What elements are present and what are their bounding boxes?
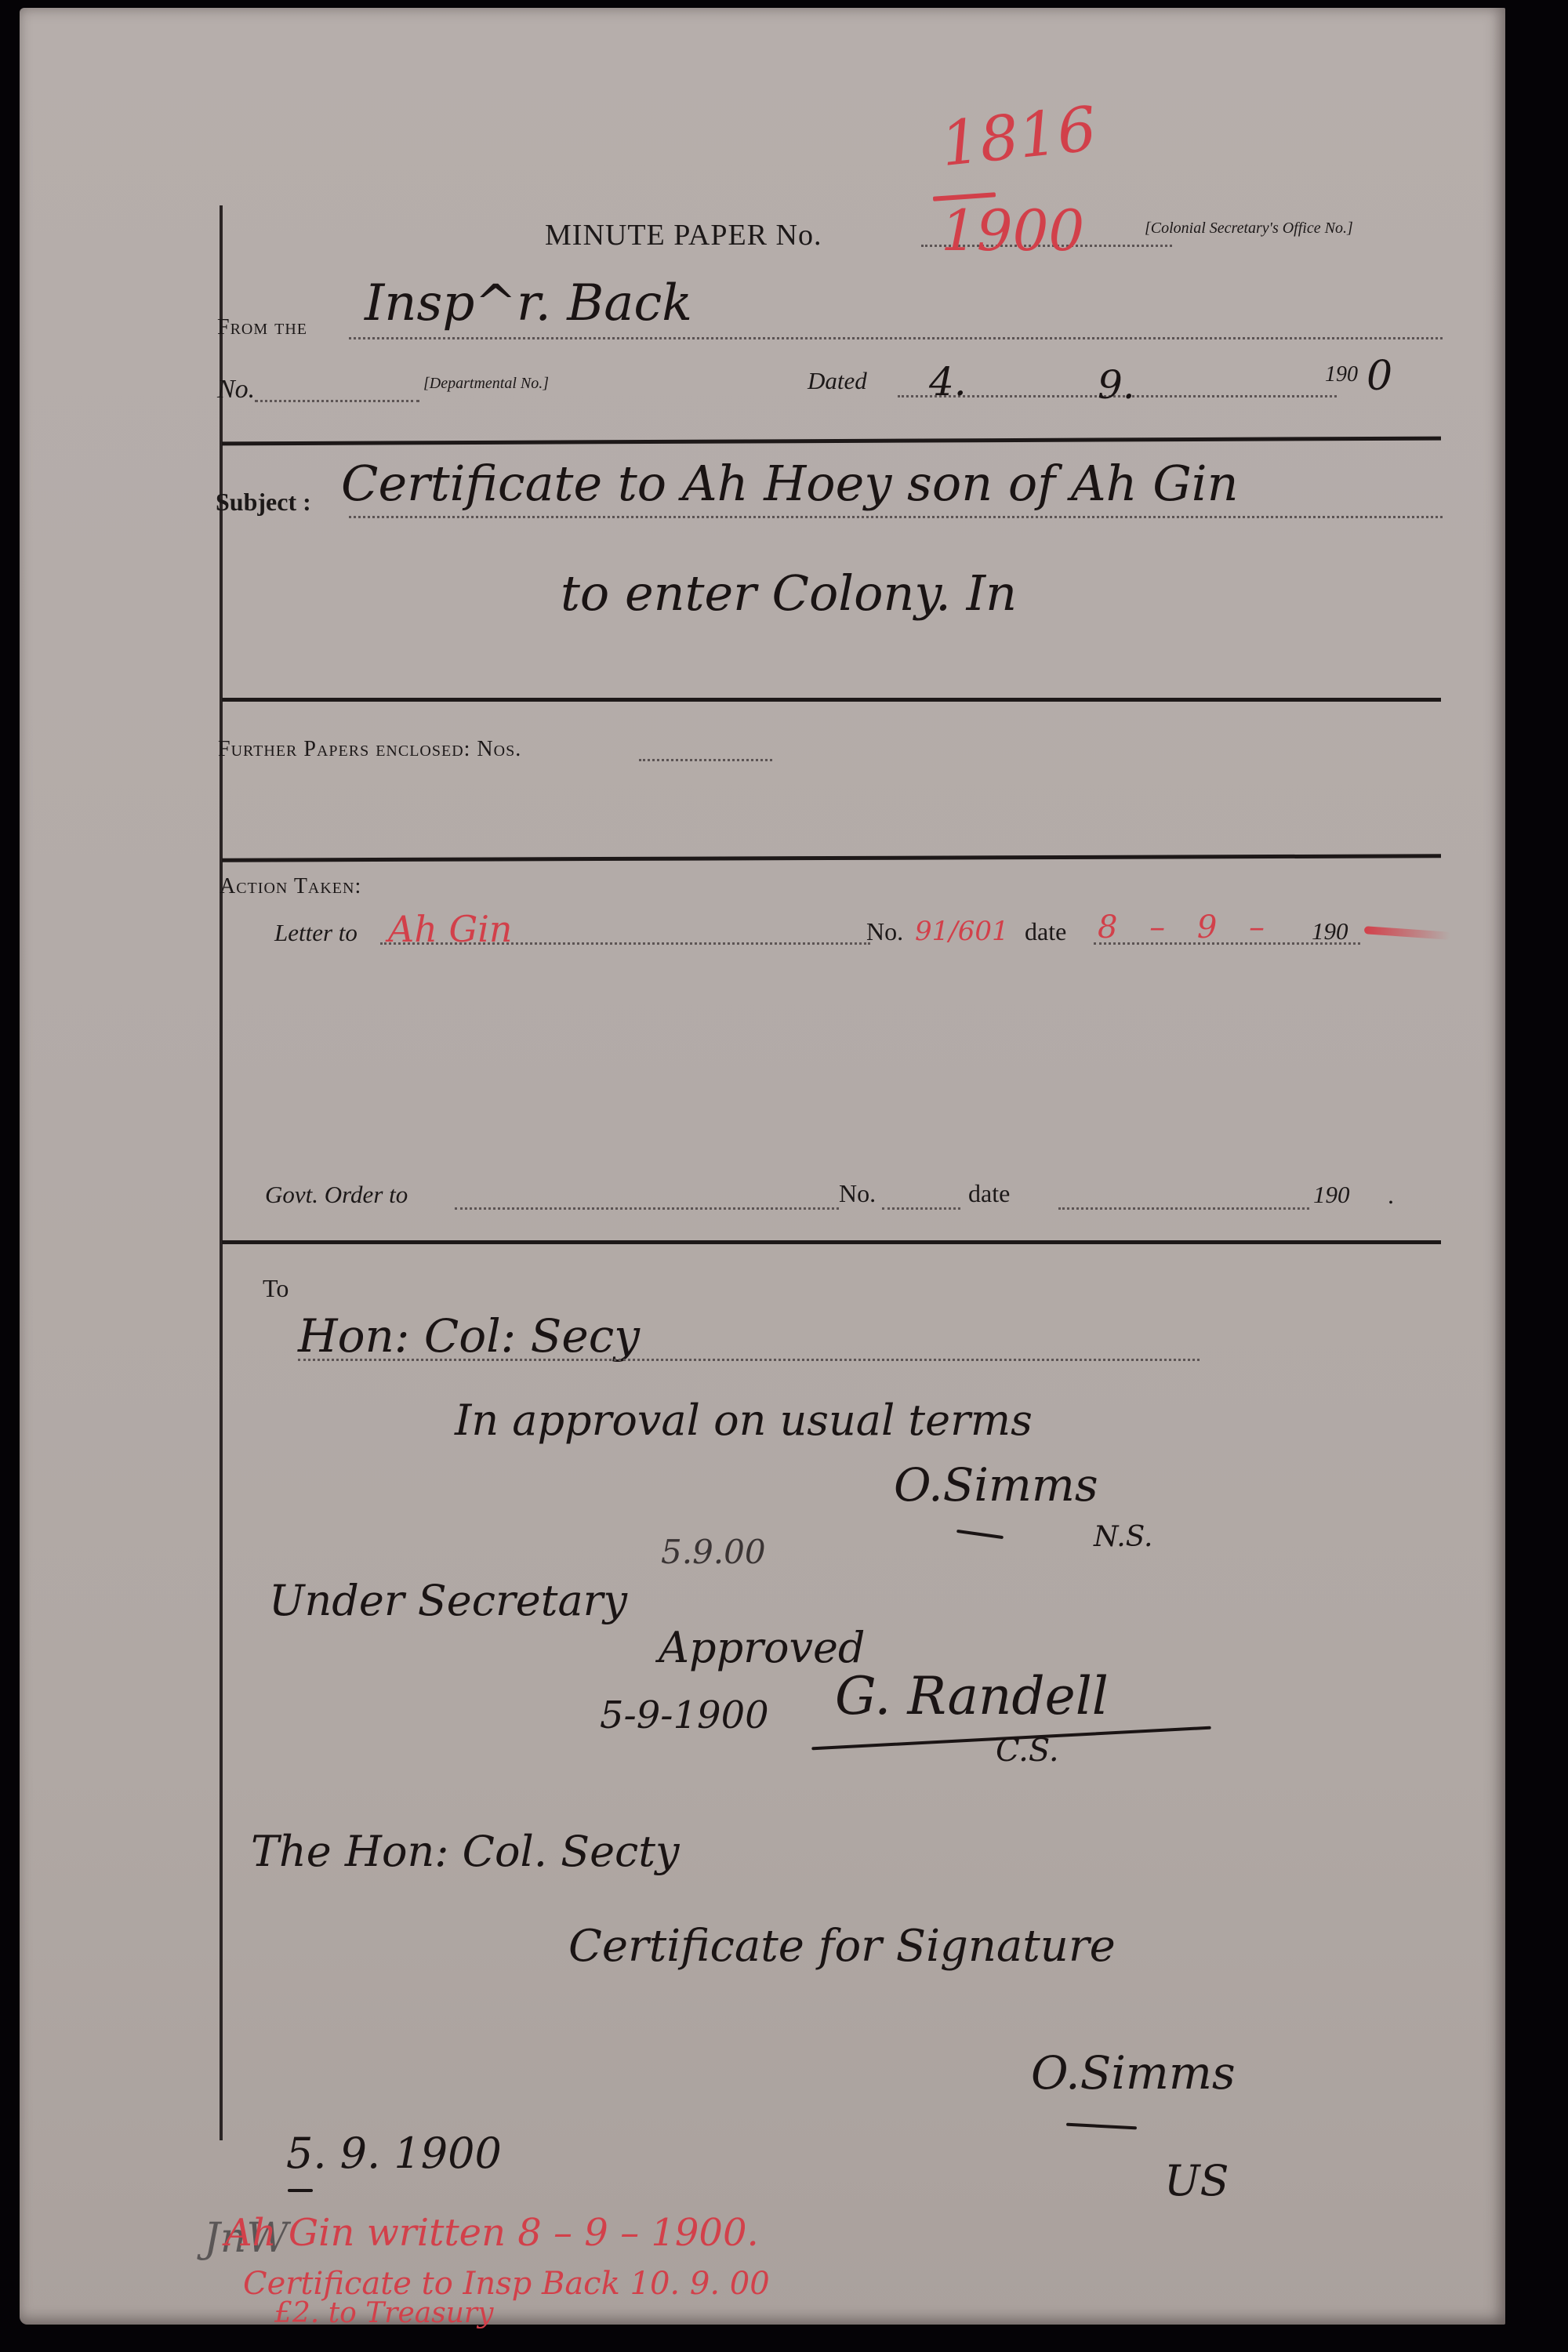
further-papers-dotted-line — [639, 759, 772, 761]
minute3-initials: US — [1164, 2156, 1229, 2205]
minute1-text: In approval on usual terms — [455, 1396, 1033, 1445]
minute2-text: Approved — [659, 1623, 866, 1672]
letter-year-label: 190 — [1312, 917, 1348, 946]
minute3-text: Certificate for Signature — [568, 1921, 1116, 1972]
colonial-office-no-label: [Colonial Secretary's Office No.] — [1145, 220, 1353, 238]
minute3-date: 5. 9. 1900 — [286, 2129, 502, 2178]
red-note-line-3: £2. to Treasury — [274, 2297, 493, 2329]
govt-year-label: 190 — [1313, 1181, 1350, 1209]
minute3-signature-underline — [1066, 2123, 1137, 2130]
govt-no-label: No. — [839, 1179, 876, 1208]
from-value: Insp^r. Back — [365, 274, 692, 332]
minute1-signature: O.Simms — [894, 1458, 1098, 1512]
minute1-signature-underline — [956, 1530, 1004, 1539]
departmental-no-label: No. — [217, 375, 255, 405]
to-label: To — [263, 1274, 289, 1303]
minute1-initials: N.S. — [1094, 1521, 1152, 1553]
letter-no-value: 91/601 — [915, 916, 1009, 947]
dated-day: 4. — [929, 359, 967, 405]
minute-number-numerator: 1816 — [938, 94, 1100, 180]
from-label: From the — [217, 315, 307, 340]
subject-line-1: Certificate to Ah Hoey son of Ah Gin — [341, 455, 1239, 512]
section-divider-4 — [222, 1240, 1441, 1244]
red-ink-smudge — [1364, 926, 1450, 940]
dated-label: Dated — [808, 367, 867, 395]
dated-year-prefix: 190 — [1325, 362, 1358, 387]
minute2-date: 5-9-1900 — [600, 1693, 769, 1737]
letter-to-value: Ah Gin — [388, 908, 513, 950]
minute2-title: C.S. — [996, 1733, 1059, 1769]
dated-month: 9. — [1098, 362, 1135, 408]
minute3-date-underline — [288, 2189, 313, 2192]
departmental-no-hint: [Departmental No.] — [423, 375, 549, 393]
minute3-addressee: The Hon: Col. Secty — [251, 1827, 680, 1876]
minute2-signature: G. Randell — [835, 1666, 1109, 1726]
departmental-no-dotted-line — [255, 400, 419, 402]
minute3-signature: O.Simms — [1031, 2046, 1236, 2100]
section-divider-3 — [222, 854, 1441, 862]
minute1-date: 5.9.00 — [661, 1533, 766, 1571]
red-note-line-1: Ah Gin written 8 – 9 – 1900. — [225, 2211, 759, 2255]
minute-number-denominator: 1900 — [941, 198, 1084, 263]
dated-year-suffix: 0 — [1367, 353, 1392, 400]
section-divider-1 — [222, 437, 1441, 446]
letter-date-label: date — [1025, 917, 1066, 946]
to-value: Hon: Col: Secy — [298, 1309, 640, 1363]
further-papers-label: Further Papers enclosed: Nos. — [218, 737, 521, 762]
govt-date-label: date — [968, 1179, 1010, 1208]
govt-order-label: Govt. Order to — [265, 1181, 408, 1209]
govt-date-dotted-line — [1058, 1207, 1309, 1210]
govt-no-dotted-line — [882, 1207, 960, 1210]
action-taken-label: Action Taken: — [220, 874, 361, 899]
to-dotted-line — [298, 1359, 1200, 1361]
minute2-addressee: Under Secretary — [269, 1576, 627, 1625]
letter-no-label: No. — [866, 917, 903, 946]
subject-label: Subject : — [216, 488, 311, 517]
minute-paper: 1816 MINUTE PAPER No. 1900 [Colonial Sec… — [20, 8, 1505, 2325]
section-divider-2 — [222, 698, 1441, 702]
minute-paper-title: MINUTE PAPER No. — [545, 218, 822, 252]
letter-date-value: 8 – 9 – — [1098, 909, 1276, 946]
subject-dotted-line — [349, 516, 1443, 518]
govt-order-dotted-line — [455, 1207, 839, 1210]
govt-year-dot: . — [1388, 1181, 1394, 1210]
letter-to-label: Letter to — [274, 919, 358, 947]
subject-line-2: to enter Colony. In — [561, 564, 1017, 622]
from-dotted-line — [349, 337, 1443, 339]
